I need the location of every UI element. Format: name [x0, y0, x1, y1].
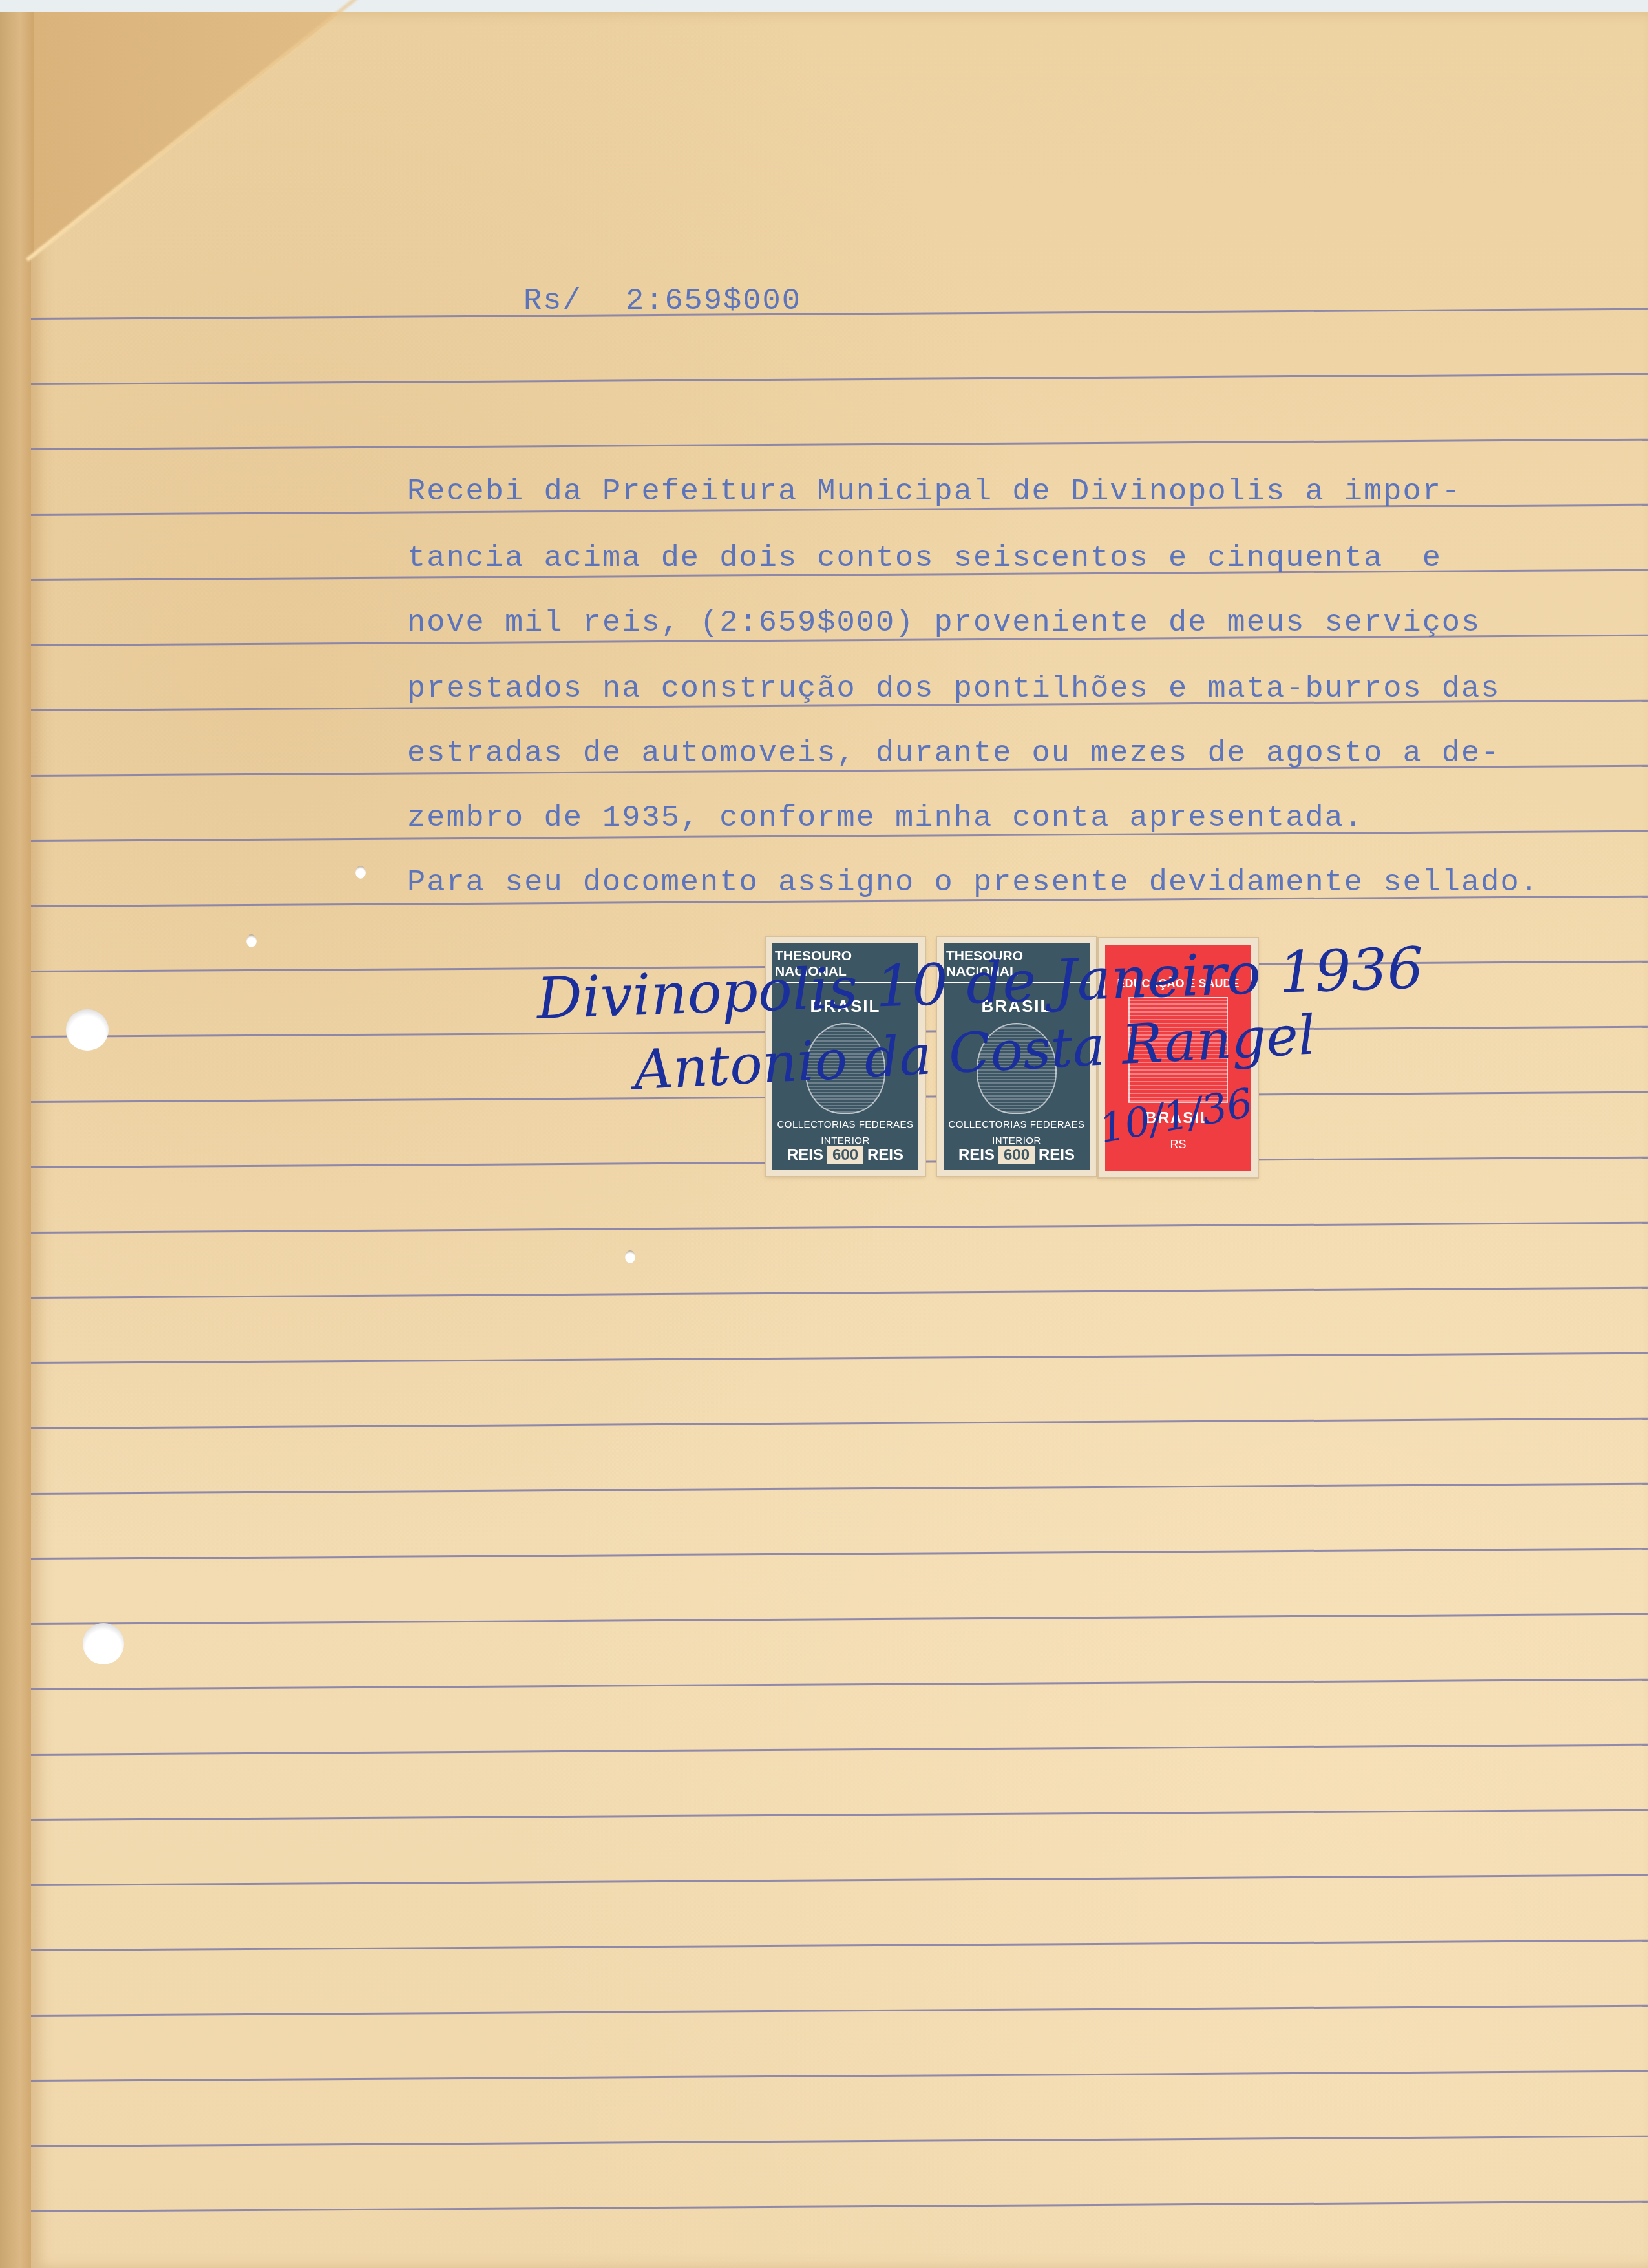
stamp-subtitle: COLLECTORIAS FEDERAES: [948, 1119, 1084, 1130]
stamp-subtitle: COLLECTORIAS FEDERAES: [777, 1119, 913, 1130]
pin-hole: [246, 934, 257, 947]
body-line-2: tancia acima de dois contos seiscentos e…: [407, 541, 1442, 576]
punch-hole-top: [66, 1009, 109, 1051]
body-line-6: zembro de 1935, conforme minha conta apr…: [407, 801, 1364, 835]
amount-value: 2:659$000: [626, 284, 801, 319]
stamp-unit: REIS: [1039, 1146, 1075, 1164]
pin-hole: [355, 866, 366, 879]
stamp-value: 600: [827, 1146, 863, 1164]
body-line-7: Para seu docomento assigno o presente de…: [407, 866, 1539, 900]
body-line-4: prestados na construção dos pontilhões e…: [407, 672, 1500, 706]
stamp-region: INTERIOR: [992, 1135, 1041, 1146]
punch-hole-bottom: [83, 1623, 124, 1664]
stamp-unit: REIS: [787, 1146, 823, 1164]
stamp-unit: REIS: [867, 1146, 903, 1164]
body-line-3: nove mil reis, (2:659$000) proveniente d…: [407, 606, 1481, 640]
amount-prefix: Rs/: [523, 284, 582, 319]
pin-hole: [625, 1250, 635, 1263]
stamp-value: 600: [998, 1146, 1035, 1164]
binding-edge: [0, 12, 34, 2268]
body-line-5: estradas de automoveis, durante ou mezes…: [407, 737, 1500, 771]
body-line-1: Recebi da Prefeitura Municipal de Divino…: [407, 475, 1461, 509]
stamp-region: INTERIOR: [821, 1135, 870, 1146]
stamp-unit: REIS: [958, 1146, 995, 1164]
